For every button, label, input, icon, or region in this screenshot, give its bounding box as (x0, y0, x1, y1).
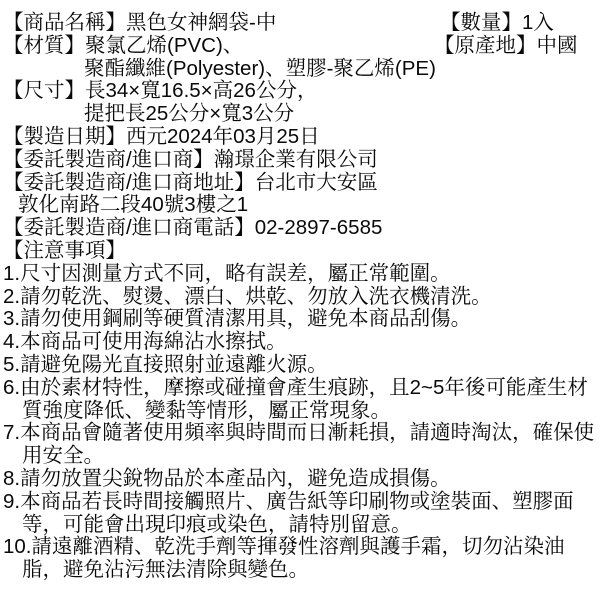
note-text: 由於素材特性，摩擦或碰撞會產生痕跡，且2~5年後可能產生材質強度降低、變黏等情形… (20, 376, 588, 422)
mfg-date-value: 西元2024年03月25日 (126, 125, 320, 148)
address-label: 【委託製造商/進口商地址】 (3, 171, 255, 194)
notes-list: 1.尺寸因測量方式不同，略有誤差，屬正常範圍。 2.請勿乾洗、熨燙、漂白、烘乾、… (3, 263, 598, 582)
manufacturer-label: 【委託製造商/進口商】 (3, 148, 214, 171)
field-size-row: 【尺寸】長34×寬16.5×高26公分， (3, 80, 598, 103)
field-material-row: 【材質】聚氯乙烯(PVC)、 【原產地】中國 (3, 35, 598, 58)
note-item: 3.請勿使用鋼刷等硬質清潔用具，避免本商品刮傷。 (3, 308, 598, 331)
note-item: 4.本商品可使用海綿沾水擦拭。 (3, 331, 598, 354)
note-number: 1. (3, 262, 20, 285)
note-number: 8. (3, 467, 20, 490)
origin-value: 中國 (537, 34, 578, 57)
note-text: 請遠離酒精、乾洗手劑等揮發性溶劑與護手霜，切勿沾染油脂，避免沾污無法清除與變色。 (22, 535, 565, 581)
note-text: 請避免陽光直接照射並遠離火源。 (20, 353, 328, 376)
note-number: 10. (3, 535, 32, 558)
address-value-line1: 台北市大安區 (255, 171, 378, 194)
note-item: 10.請遠離酒精、乾洗手劑等揮發性溶劑與護手霜，切勿沾染油脂，避免沾污無法清除與… (3, 536, 598, 582)
field-product-name-row: 【商品名稱】黑色女神網袋-中 【數量】1入 (3, 12, 598, 35)
quantity-label: 【數量】 (440, 11, 522, 34)
size-label: 【尺寸】 (3, 79, 85, 102)
note-item: 8.請勿放置尖銳物品於本產品內，避免造成損傷。 (3, 468, 598, 491)
note-text: 本商品若長時間接觸照片、廣告紙等印刷物或塗裝面、塑膠面等，可能會出現印痕或染色，… (20, 490, 574, 536)
note-number: 6. (3, 376, 20, 399)
note-text: 尺寸因測量方式不同，略有誤差，屬正常範圍。 (20, 262, 451, 285)
field-mfg-date-row: 【製造日期】西元2024年03月25日 (3, 126, 598, 149)
note-item: 6.由於素材特性，摩擦或碰撞會產生痕跡，且2~5年後可能產生材質強度降低、變黏等… (3, 377, 598, 423)
field-origin: 【原產地】中國 (434, 35, 578, 58)
note-item: 7.本商品會隨著使用頻率與時間而日漸耗損，請適時淘汰，確保使用安全。 (3, 422, 598, 468)
note-item: 5.請避免陽光直接照射並遠離火源。 (3, 354, 598, 377)
note-item: 1.尺寸因測量方式不同，略有誤差，屬正常範圍。 (3, 263, 598, 286)
note-item: 2.請勿乾洗、熨燙、漂白、烘乾、勿放入洗衣機清洗。 (3, 286, 598, 309)
field-address-row: 【委託製造商/進口商地址】台北市大安區 (3, 172, 598, 195)
material-label: 【材質】 (3, 34, 85, 57)
product-name-value: 黑色女神網袋-中 (126, 11, 276, 34)
note-text: 請勿放置尖銳物品於本產品內，避免造成損傷。 (20, 467, 451, 490)
mfg-date-label: 【製造日期】 (3, 125, 126, 148)
phone-value: 02-2897-6585 (255, 216, 383, 239)
note-text: 請勿乾洗、熨燙、漂白、烘乾、勿放入洗衣機清洗。 (20, 285, 492, 308)
material-value-line1: 聚氯乙烯(PVC)、 (85, 34, 243, 57)
field-manufacturer-row: 【委託製造商/進口商】瀚璟企業有限公司 (3, 149, 598, 172)
note-item: 9.本商品若長時間接觸照片、廣告紙等印刷物或塗裝面、塑膠面等，可能會出現印痕或染… (3, 491, 598, 537)
address-value-line2: 敦化南路二段40號3樓之1 (3, 194, 598, 217)
note-number: 2. (3, 285, 20, 308)
note-text: 本商品會隨著使用頻率與時間而日漸耗損，請適時淘汰，確保使用安全。 (20, 421, 594, 467)
origin-label: 【原產地】 (434, 34, 537, 57)
size-value-line2: 提把長25公分×寬3公分 (3, 103, 598, 126)
quantity-value: 1入 (522, 11, 554, 34)
note-text: 本商品可使用海綿沾水擦拭。 (20, 330, 287, 353)
product-name-label: 【商品名稱】 (3, 11, 126, 34)
material-value-line2: 聚酯纖維(Polyester)、塑膠-聚乙烯(PE) (3, 58, 598, 81)
field-quantity: 【數量】1入 (440, 12, 554, 35)
note-number: 9. (3, 490, 20, 513)
note-number: 5. (3, 353, 20, 376)
phone-label: 【委託製造商/進口商電話】 (3, 216, 255, 239)
product-info-sheet: 【商品名稱】黑色女神網袋-中 【數量】1入 【材質】聚氯乙烯(PVC)、 【原產… (0, 0, 600, 600)
field-phone-row: 【委託製造商/進口商電話】02-2897-6585 (3, 217, 598, 240)
note-number: 4. (3, 330, 20, 353)
note-number: 3. (3, 307, 20, 330)
size-value-line1: 長34×寬16.5×高26公分， (85, 79, 317, 102)
notes-header: 【注意事項】 (3, 240, 598, 263)
manufacturer-value: 瀚璟企業有限公司 (214, 148, 378, 171)
note-number: 7. (3, 421, 20, 444)
note-text: 請勿使用鋼刷等硬質清潔用具，避免本商品刮傷。 (20, 307, 471, 330)
